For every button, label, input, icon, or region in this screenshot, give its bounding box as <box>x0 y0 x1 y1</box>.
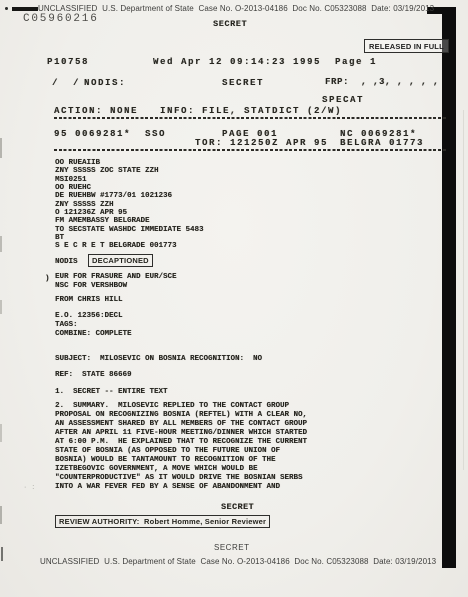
dashed-divider <box>54 117 446 119</box>
text-line: TAGS: <box>55 321 132 330</box>
text-line: TO SECSTATE WASHDC IMMEDIATE 5483 <box>55 226 204 234</box>
classification-mid: SECRET <box>221 502 254 512</box>
decaptioned-stamp: DECAPTIONED <box>88 254 153 267</box>
released-in-full-stamp: RELEASED IN FULL <box>364 39 449 53</box>
left-edge-mark <box>0 424 2 442</box>
case-id: C05960216 <box>23 13 99 25</box>
left-edge-mark <box>0 138 2 158</box>
text-line: E.O. 12356:DECL <box>55 312 132 321</box>
p-number: P10758 <box>47 57 89 67</box>
text-line: NSC FOR VERSHBOW <box>55 282 177 291</box>
text-line: DE RUEHBW #1773/01 1021236 <box>55 192 204 200</box>
text-line: ZNY SSSSS ZZH <box>55 201 204 209</box>
classification-bottom: SECRET <box>214 543 249 552</box>
page-label: Page 1 <box>335 57 377 67</box>
summary-paragraph: 2. SUMMARY. MILOSEVIC REPLIED TO THE CON… <box>55 402 307 492</box>
header-info: INFO: FILE, STATDICT (2/W) <box>160 106 342 116</box>
header-slashes: / / <box>52 78 80 88</box>
scanned-cable-page: · : UNCLASSIFIED U.S. Department of Stat… <box>0 0 468 597</box>
declassification-banner-bottom: UNCLASSIFIED U.S. Department of State Ca… <box>40 557 436 566</box>
classification-header: SECRET <box>222 78 264 88</box>
header-caption-nodis: NODIS: <box>84 78 126 88</box>
pencil-mark: · : <box>24 484 36 491</box>
text-line: EUR FOR FRASURE AND EUR/SCE <box>55 273 177 282</box>
text-line: PROPOSAL ON RECOGNIZING BOSNIA (REFTEL) … <box>55 411 307 420</box>
right-edge-black-bar <box>442 10 456 568</box>
ref-line: REF: STATE 86669 <box>55 371 132 379</box>
text-line: MSI0251 <box>55 176 204 184</box>
para1-line: 1. SECRET -- ENTIRE TEXT <box>55 388 168 396</box>
header-frp: FRP: , ,3, , , , , <box>325 77 439 87</box>
header-datetime: Wed Apr 12 09:14:23 1995 <box>153 57 321 67</box>
text-line: FM AMEMBASSY BELGRADE <box>55 217 204 225</box>
declassification-banner-top: UNCLASSIFIED U.S. Department of State Ca… <box>38 4 434 13</box>
text-line: COMBINE: COMPLETE <box>55 330 132 339</box>
text-line: S E C R E T BELGRADE 001773 <box>55 242 204 250</box>
admin-block: E.O. 12356:DECLTAGS:COMBINE: COMPLETE <box>55 312 132 339</box>
from-line: FROM CHRIS HILL <box>55 296 123 304</box>
header-action: ACTION: NONE <box>54 106 138 116</box>
left-edge-mark <box>1 547 3 561</box>
left-edge-mark <box>0 236 2 252</box>
margin-paren: ) <box>45 275 50 283</box>
classification-top: SECRET <box>213 19 247 29</box>
text-line: INTO A WAR FEVER FED BY A SENSE OF ABAND… <box>55 483 307 492</box>
text-line: ZNY SSSSS ZOC STATE ZZH <box>55 167 204 175</box>
scan-dash-mark <box>12 7 38 11</box>
left-edge-mark <box>0 300 2 314</box>
header-belgra: BELGRA 01773 <box>340 138 424 148</box>
routing-block: OO RUEAIIBZNY SSSSS ZOC STATE ZZHMSI0251… <box>55 159 204 251</box>
header-tor: TOR: 121250Z APR 95 <box>195 138 328 148</box>
nodis-caption: NODIS <box>55 258 78 266</box>
dashed-divider <box>54 149 446 151</box>
page-edge-shadow <box>463 110 464 470</box>
text-line: AFTER AN APRIL 11 FIVE-HOUR MEETING/DINN… <box>55 429 307 438</box>
subject-line: SUBJECT: MILOSEVIC ON BOSNIA RECOGNITION… <box>55 355 262 363</box>
text-line: STATE OF BOSNIA (AS OPPOSED TO THE FUTUR… <box>55 447 307 456</box>
text-line: AT 6:00 P.M. HE EXPLAINED THAT TO RECOGN… <box>55 438 307 447</box>
review-authority-stamp: REVIEW AUTHORITY: Robert Homme, Senior R… <box>55 515 270 528</box>
scan-speck <box>5 7 8 10</box>
header-serial: 95 0069281* SSO <box>54 129 166 139</box>
header-specat: SPECAT <box>322 95 364 105</box>
distribution-block: EUR FOR FRASURE AND EUR/SCENSC FOR VERSH… <box>55 273 177 291</box>
text-line: BOSNIA) WOULD BE TANTAMOUNT TO RECOGNITI… <box>55 456 307 465</box>
text-line: 2. SUMMARY. MILOSEVIC REPLIED TO THE CON… <box>55 402 307 411</box>
left-edge-mark <box>0 506 2 524</box>
text-line: AN ASSESSMENT SHARED BY ALL MEMBERS OF T… <box>55 420 307 429</box>
